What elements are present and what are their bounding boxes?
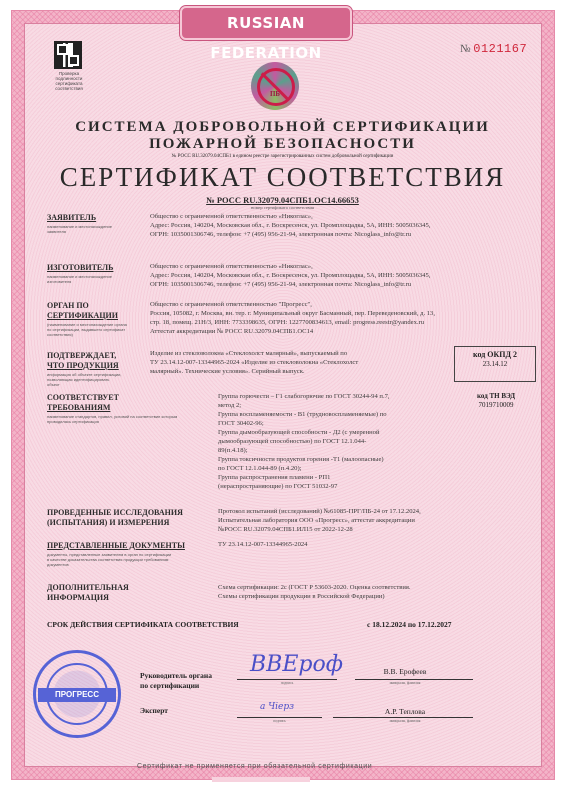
product-label-line2: ЧТО ПРОДУКЦИЯ (47, 361, 119, 371)
requirements-details: Группа горючести – Г1 слабогорючие по ГО… (218, 392, 443, 491)
head-signature-caption: подпись (237, 681, 337, 685)
tnved-value: 7019710009 (479, 401, 514, 409)
tnved-code: код ТН ВЭД 7019710009 (456, 392, 536, 410)
applicant-details: Общество с ограниченной ответственностью… (150, 212, 530, 239)
organization-stamp-icon: ПРОГРЕСС (33, 650, 121, 738)
product-sublabel: информация об объекте сертификации, позв… (47, 372, 122, 387)
okpd-label: код ОКПД 2 (473, 350, 517, 359)
registry-note: № РОСС RU.32079.04СПБ1 в едином реестре … (0, 154, 565, 159)
validity-label: СРОК ДЕЙСТВИЯ СЕРТИФИКАТА СООТВЕТСТВИЯ (47, 620, 239, 629)
certificate-title: СЕРТИФИКАТ СООТВЕТСТВИЯ (0, 162, 565, 193)
hologram-no-fire-icon: ПБ (251, 62, 299, 110)
country-banner: RUSSIAN FEDERATION (180, 6, 352, 40)
expert-signature: а Чіерз (260, 702, 294, 712)
requirements-sublabel: наименование стандартов, правил, условий… (47, 414, 197, 424)
system-title-line1: СИСТЕМА ДОБРОВОЛЬНОЙ СЕРТИФИКАЦИИ (0, 119, 565, 136)
documents-label: ПРЕДСТАВЛЕННЫЕ ДОКУМЕНТЫ (47, 541, 185, 551)
blank-number: № 0121167 (460, 42, 527, 56)
expert-name-line (333, 717, 473, 718)
product-label-line1: ПОДТВЕРЖДАЕТ, (47, 351, 116, 361)
cert-body-label-line1: ОРГАН ПО (47, 301, 89, 311)
head-label-line1: Руководитель органа (140, 671, 212, 681)
qr-caption: Проверка подлинности сертификата соответ… (46, 71, 92, 91)
hologram-text: ПБ (251, 90, 299, 98)
requirements-label-line1: СООТВЕТСТВУЕТ (47, 393, 119, 403)
validity-value: с 18.12.2024 по 17.12.2027 (367, 620, 452, 629)
stamp-text: ПРОГРЕСС (38, 688, 116, 702)
head-name: В.В. Ерофеев (355, 667, 455, 676)
product-details: Изделие из стекловолокна «Стеклохолст ма… (150, 349, 440, 376)
tests-label-line2: (ИСПЫТАНИЯ) И ИЗМЕРЕНИЯ (47, 518, 169, 528)
expert-name: А.Р. Теплова (350, 707, 460, 716)
certificate-number: № РОСС RU.32079.04СПБ1.ОС14.66653 (0, 195, 565, 205)
manufacturer-sublabel: наименование и местонахождение изготовит… (47, 274, 122, 284)
documents-value: ТУ 23.14.12-007-13344965-2024 (218, 540, 518, 549)
cert-body-sublabel: (наименование и местонахождение органа п… (47, 322, 127, 337)
expert-signature-line (237, 717, 322, 718)
number-value: 0121167 (473, 42, 527, 56)
additional-label-line1: ДОПОЛНИТЕЛЬНАЯ (47, 583, 129, 593)
head-signature: ВВЕроф (250, 652, 343, 677)
okpd-code-box: код ОКПД 2 23.14.12 (454, 346, 536, 382)
printer-strip (212, 777, 310, 782)
head-name-caption: инициалы, фамилия (355, 681, 455, 685)
number-label: № (460, 43, 471, 55)
tests-details: Протокол испытаний (исследований) №61085… (218, 507, 538, 534)
applicant-label: ЗАЯВИТЕЛЬ (47, 213, 96, 223)
cert-body-label-line2: СЕРТИФИКАЦИИ (47, 311, 118, 321)
additional-label-line2: ИНФОРМАЦИЯ (47, 593, 109, 603)
documents-sublabel: документы, представленные заявителем в о… (47, 552, 172, 567)
tnved-label: код ТН ВЭД (477, 392, 515, 400)
manufacturer-label: ИЗГОТОВИТЕЛЬ (47, 263, 113, 273)
head-signature-line (237, 679, 337, 680)
additional-details: Схема сертификации: 2с (ГОСТ Р 53603-202… (218, 583, 538, 601)
expert-signature-caption: подпись (237, 719, 322, 723)
okpd-value: 23.14.12 (483, 360, 508, 368)
head-label-line2: по сертификации (140, 681, 199, 691)
head-name-line (355, 679, 473, 680)
footer-note: Сертификат не применяется при обязательн… (137, 763, 372, 770)
system-title-line2: ПОЖАРНОЙ БЕЗОПАСНОСТИ (0, 136, 565, 153)
manufacturer-details: Общество с ограниченной ответственностью… (150, 262, 530, 289)
tests-label-line1: ПРОВЕДЕННЫЕ ИССЛЕДОВАНИЯ (47, 508, 183, 518)
applicant-sublabel: наименование и местонахождение заявителя (47, 224, 122, 234)
expert-name-caption: инициалы, фамилия (350, 719, 460, 723)
qr-code-icon[interactable] (54, 41, 82, 69)
requirements-label-line2: ТРЕБОВАНИЯМ (47, 403, 110, 413)
cert-body-details: Общество с ограниченной ответственностью… (150, 300, 535, 336)
certificate-number-caption: номер сертификата соответствия (0, 205, 565, 210)
expert-label: Эксперт (140, 706, 168, 716)
